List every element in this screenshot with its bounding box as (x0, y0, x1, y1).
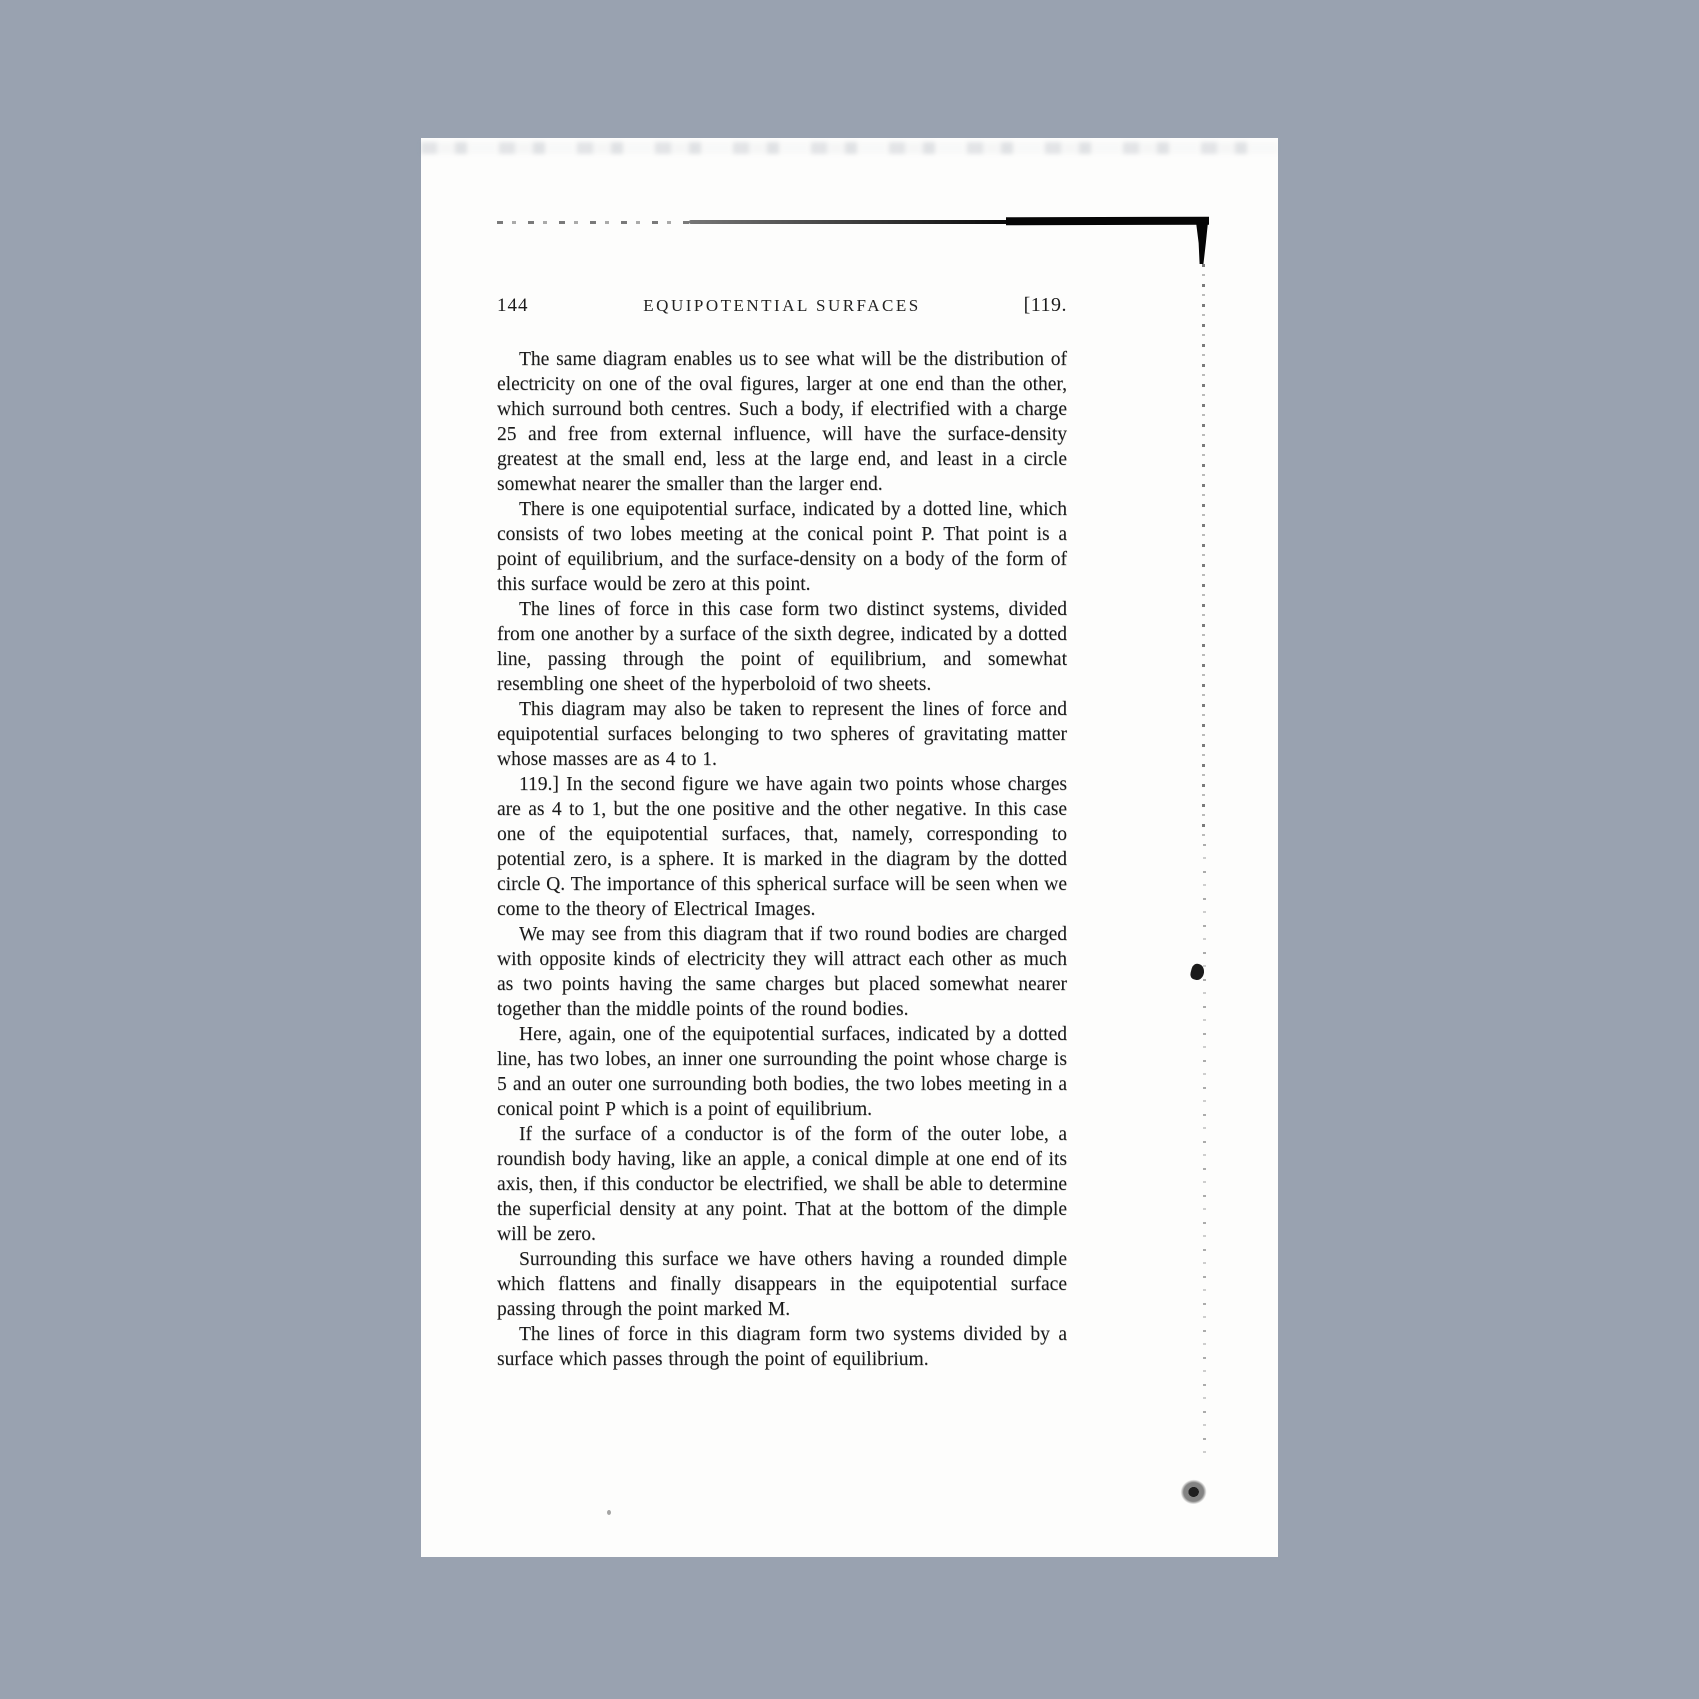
scan-rule-left-segment (497, 221, 697, 224)
ink-smudge (1171, 1474, 1214, 1515)
paragraph: The same diagram enables us to see what … (497, 347, 1067, 497)
page-number: 144 (497, 295, 643, 317)
paragraph: The lines of force in this case form two… (497, 597, 1067, 697)
scan-rule-middle-segment (689, 220, 1011, 224)
paragraph: The lines of force in this diagram form … (497, 1322, 1067, 1372)
page-content: 144 EQUIPOTENTIAL SURFACES [119. The sam… (497, 294, 1067, 1372)
scan-backdrop: 144 EQUIPOTENTIAL SURFACES [119. The sam… (0, 0, 1699, 1699)
running-title: EQUIPOTENTIAL SURFACES (643, 296, 920, 316)
paragraph: There is one equipotential surface, indi… (497, 497, 1067, 597)
page-top-edge-artifact (421, 142, 1278, 154)
paragraph: Surrounding this surface we have others … (497, 1247, 1067, 1322)
paragraph: If the surface of a conductor is of the … (497, 1122, 1067, 1247)
paragraph: 119.] In the second figure we have again… (497, 772, 1067, 922)
paragraph: We may see from this diagram that if two… (497, 922, 1067, 1022)
scan-rule-corner-hook (1196, 222, 1208, 264)
scan-speckle-line-upper (1202, 264, 1205, 844)
scan-rule-right-segment (1006, 217, 1209, 226)
page-body: The same diagram enables us to see what … (497, 347, 1067, 1372)
section-reference: [119. (921, 294, 1067, 317)
book-page: 144 EQUIPOTENTIAL SURFACES [119. The sam… (421, 138, 1278, 1557)
paragraph: Here, again, one of the equipotential su… (497, 1022, 1067, 1122)
page-header: 144 EQUIPOTENTIAL SURFACES [119. (497, 294, 1067, 317)
scan-speckle-line-lower (1203, 844, 1206, 1456)
ink-speck (607, 1510, 611, 1515)
paragraph: This diagram may also be taken to repres… (497, 697, 1067, 772)
